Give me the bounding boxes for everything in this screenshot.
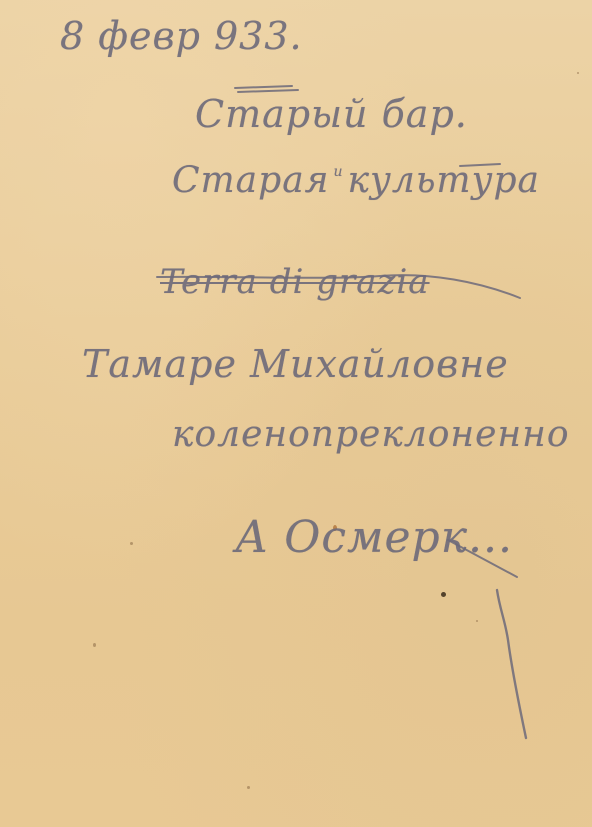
paper-speck: [130, 542, 133, 545]
title-line-1: Старый бар.: [195, 92, 468, 136]
dedication-line: коленопреклоненно: [172, 414, 570, 455]
paper-speck: [476, 620, 478, 622]
struck-through-line: Terra di grazia: [160, 262, 430, 302]
signature: А Осмерк...: [235, 512, 513, 563]
paper-speck: [93, 643, 96, 647]
title-line-2-end: культура: [348, 160, 540, 201]
paper-speck: [577, 72, 579, 74]
addressee-line: Тамаре Михайловне: [82, 342, 509, 386]
title-line-2-start: Старая: [172, 160, 330, 201]
overline-stroke: [235, 86, 292, 88]
document-page: 8 февр 933. Старый бар. Стараяикультура …: [0, 0, 592, 827]
inserted-conjunction: и: [334, 164, 344, 180]
paper-speck: [441, 592, 446, 597]
title-line-2: Стараяикультура: [172, 160, 540, 201]
signature-flourish: [497, 590, 526, 738]
date-line: 8 февр 933.: [60, 14, 303, 58]
paper-speck: [247, 786, 250, 789]
